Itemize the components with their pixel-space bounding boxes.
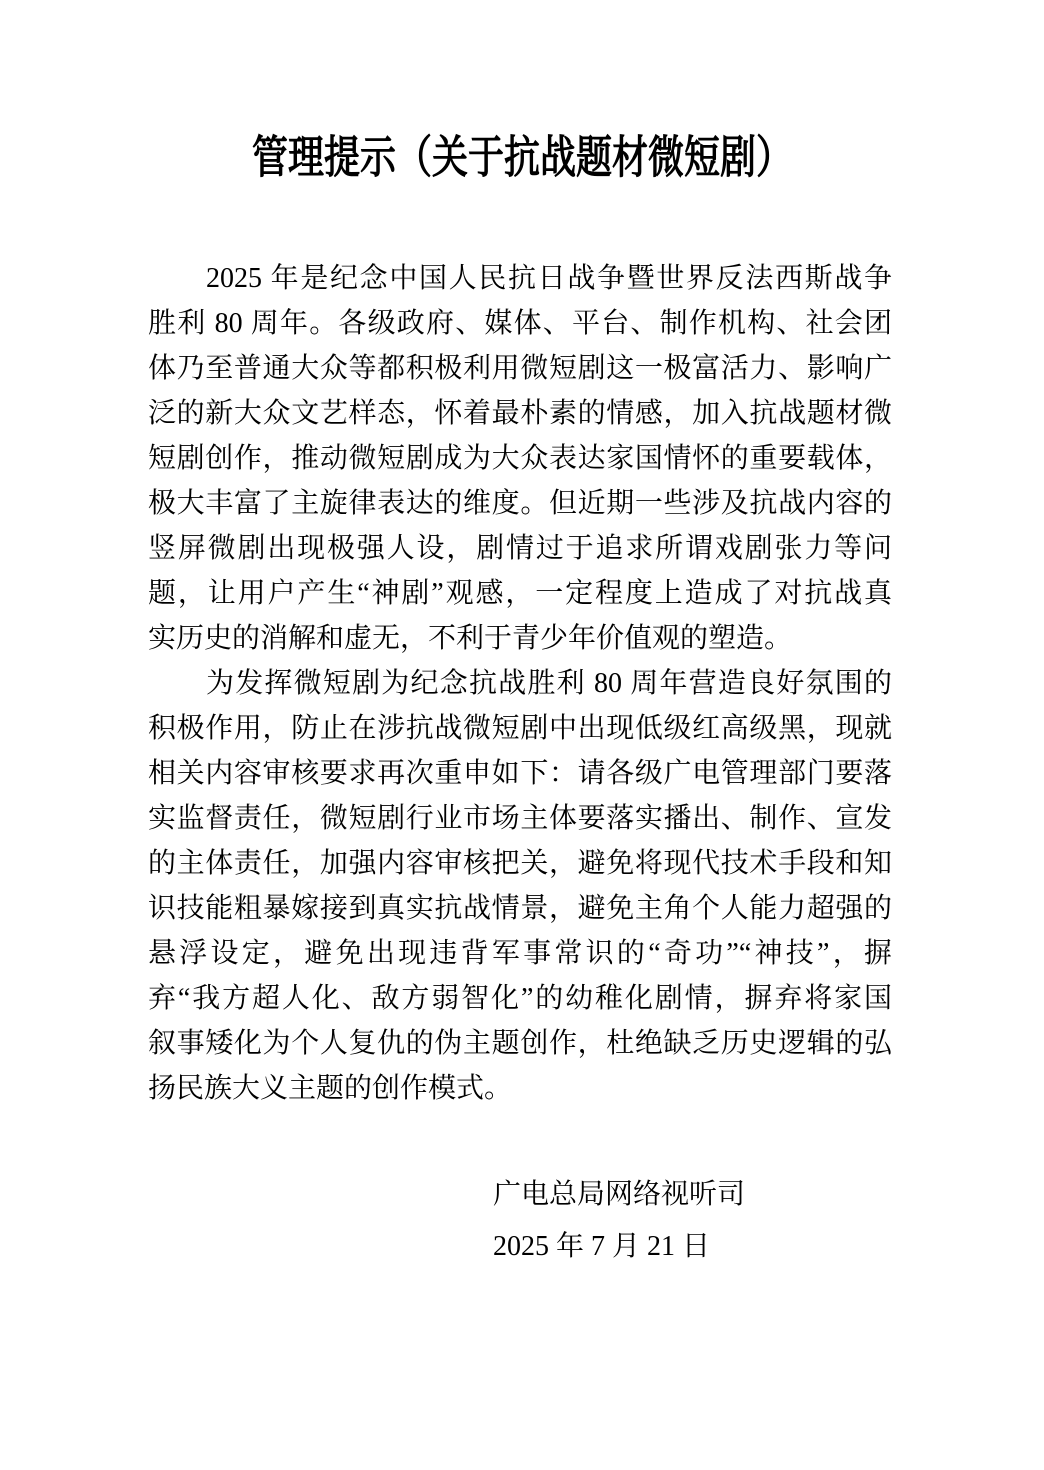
- body-line: 实历史的消解和虚无，不利于青少年价值观的塑造。: [148, 616, 892, 661]
- signature-line: 广电总局网络视听司: [493, 1172, 745, 1217]
- paragraph-2: 为发挥微短剧为纪念抗战胜利 80 周年营造良好氛围的 积极作用，防止在涉抗战微短…: [148, 661, 892, 1111]
- body-line: 竖屏微剧出现极强人设，剧情过于追求所谓戏剧张力等问: [148, 526, 892, 571]
- body-line: 叙事矮化为个人复仇的伪主题创作，杜绝缺乏历史逻辑的弘: [148, 1021, 892, 1066]
- body-line: 的主体责任，加强内容审核把关，避免将现代技术手段和知: [148, 841, 892, 886]
- body-line: 2025 年是纪念中国人民抗日战争暨世界反法西斯战争: [148, 256, 892, 301]
- body-line: 胜利 80 周年。各级政府、媒体、平台、制作机构、社会团: [148, 301, 892, 346]
- body-line: 实监督责任，微短剧行业市场主体要落实播出、制作、宣发: [148, 796, 892, 841]
- body-line: 识技能粗暴嫁接到真实抗战情景，避免主角个人能力超强的: [148, 886, 892, 931]
- body-line: 为发挥微短剧为纪念抗战胜利 80 周年营造良好氛围的: [148, 661, 892, 706]
- body-line: 题，让用户产生“神剧”观感，一定程度上造成了对抗战真: [148, 571, 892, 616]
- date-line: 2025 年 7 月 21 日: [493, 1224, 710, 1269]
- body-line: 积极作用，防止在涉抗战微短剧中出现低级红高级黑，现就: [148, 706, 892, 751]
- body-line: 泛的新大众文艺样态，怀着最朴素的情感，加入抗战题材微: [148, 391, 892, 436]
- body-line: 相关内容审核要求再次重申如下：请各级广电管理部门要落: [148, 751, 892, 796]
- body-line: 短剧创作，推动微短剧成为大众表达家国情怀的重要载体，: [148, 436, 892, 481]
- body-line: 体乃至普通大众等都积极利用微短剧这一极富活力、影响广: [148, 346, 892, 391]
- document-body: 2025 年是纪念中国人民抗日战争暨世界反法西斯战争 胜利 80 周年。各级政府…: [148, 256, 892, 1111]
- body-line: 悬浮设定，避免出现违背军事常识的“奇功”“神技”，摒: [148, 931, 892, 976]
- paragraph-1: 2025 年是纪念中国人民抗日战争暨世界反法西斯战争 胜利 80 周年。各级政府…: [148, 256, 892, 661]
- document-title: 管理提示（关于抗战题材微短剧）: [0, 130, 1044, 186]
- body-line: 扬民族大义主题的创作模式。: [148, 1066, 892, 1111]
- document-page: 管理提示（关于抗战题材微短剧） 2025 年是纪念中国人民抗日战争暨世界反法西斯…: [0, 0, 1044, 1470]
- body-line: 弃“我方超人化、敌方弱智化”的幼稚化剧情，摒弃将家国: [148, 976, 892, 1021]
- body-line: 极大丰富了主旋律表达的维度。但近期一些涉及抗战内容的: [148, 481, 892, 526]
